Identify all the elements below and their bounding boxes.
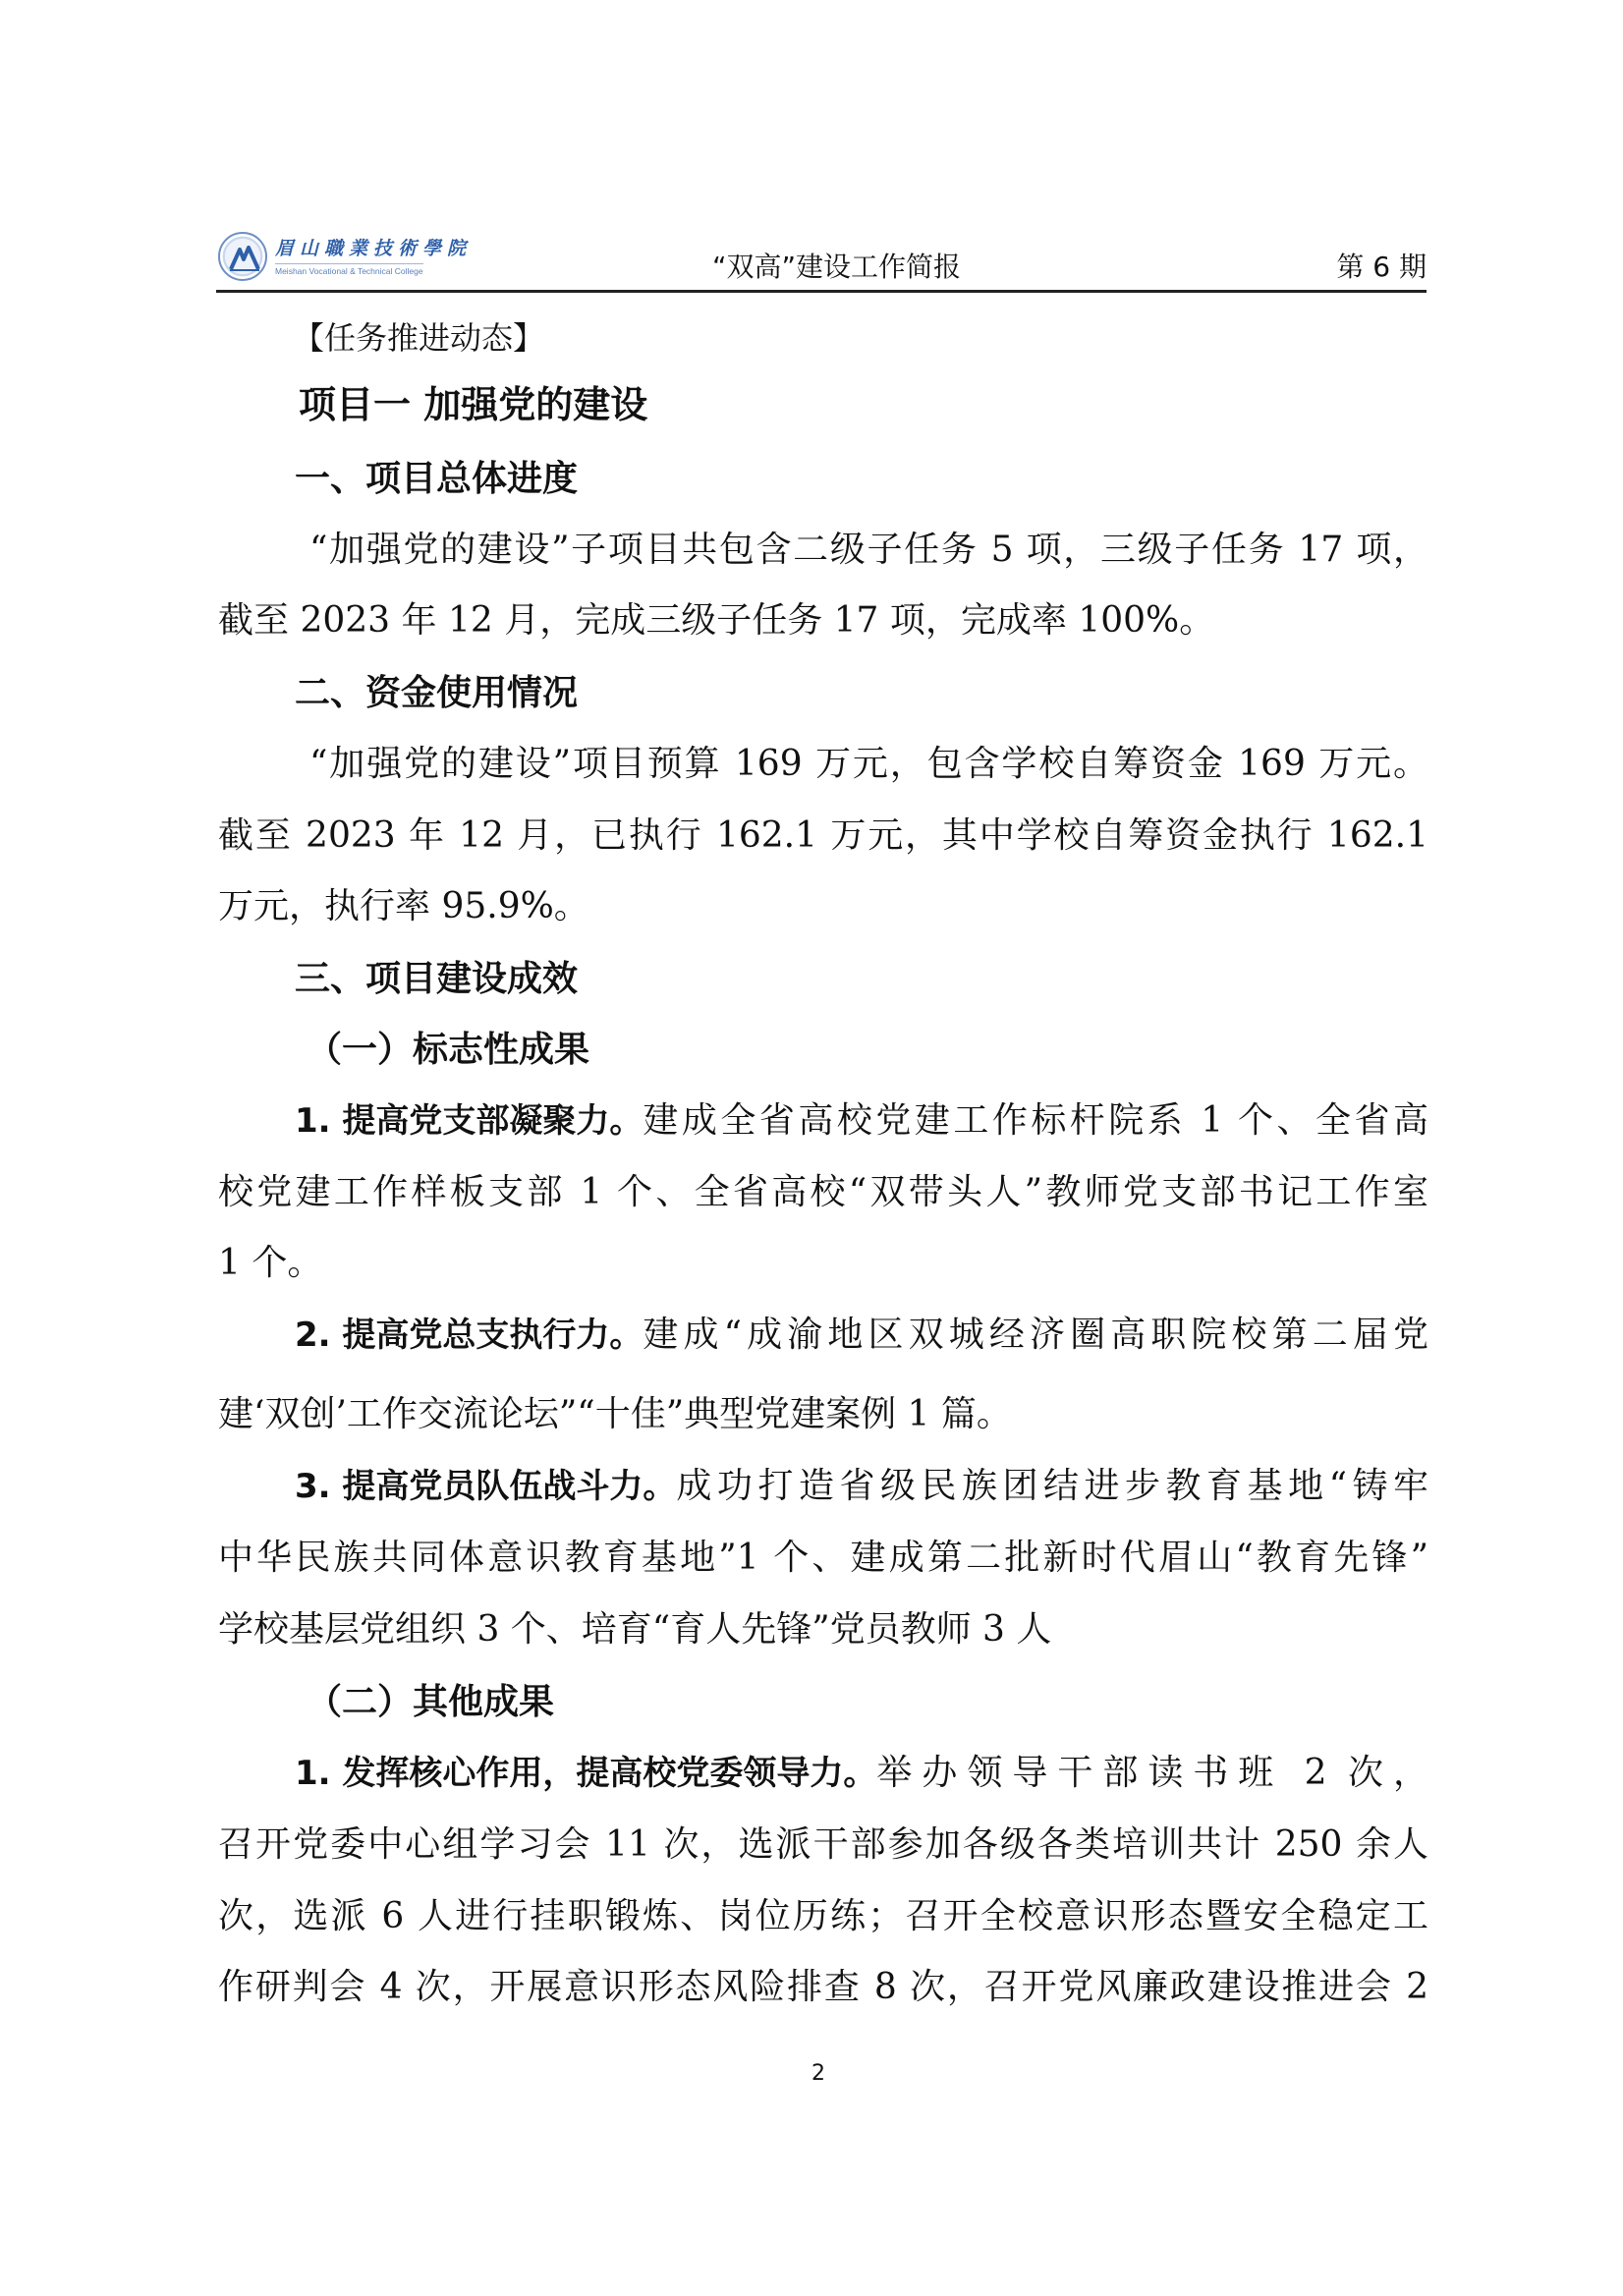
item-text: 举办领导干部读书班 2 次， [876,1752,1428,1795]
bulletin-title: “双高”建设工作简报 [712,246,961,285]
item-lead: 2. 提高党总支执行力。 [295,1314,643,1357]
paragraph-line: 召开党委中心组学习会 11 次，选派干部参加各级各类培训共计 250 余人 [218,1823,1428,1867]
paragraph-line: “加强党的建设”项目预算 169 万元，包含学校自筹资金 169 万元。 [309,743,1428,786]
page-header: 眉山職業技術學院 Meishan Vocational & Technical … [216,228,1427,291]
section-heading-progress: 一、项目总体进度 [295,457,578,500]
section-tag: 【任务推进动态】 [293,316,544,360]
paragraph-line: “加强党的建设”子项目共包含二级子任务 5 项，三级子任务 17 项， [309,529,1428,572]
paragraph-line: 校党建工作样板支部 1 个、全省高校“双带头人”教师党支部书记工作室 [218,1171,1428,1214]
paragraph-line: 截至 2023 年 12 月，已执行 162.1 万元，其中学校自筹资金执行 1… [218,814,1428,858]
list-item: 1. 提高党支部凝聚力。 建成全省高校党建工作标杆院系 1 个、全省高 [295,1099,1428,1143]
list-item: 1. 发挥核心作用，提高校党委领导力。 举办领导干部读书班 2 次， [295,1752,1428,1795]
paragraph-line: 建‘双创’工作交流论坛”“十佳”典型党建案例 1 篇。 [218,1393,1012,1436]
paragraph-line: 中华民族共同体意识教育基地”1 个、建成第二批新时代眉山“教育先锋” [218,1537,1428,1580]
item-text: 建成“成渝地区双城经济圈高职院校第二届党 [643,1314,1428,1357]
paragraph-line: 截至 2023 年 12 月，完成三级子任务 17 项，完成率 100%。 [218,599,1214,643]
item-lead: 1. 提高党支部凝聚力。 [295,1099,643,1143]
item-lead: 3. 提高党员队伍战斗力。 [295,1465,676,1508]
paragraph-line: 1 个。 [218,1242,322,1285]
paragraph-line: 作研判会 4 次，开展意识形态风险排查 8 次，召开党风廉政建设推进会 2 [218,1966,1428,2009]
subsection-heading-landmark: （一）标志性成果 [307,1028,589,1071]
page-number: 2 [811,2061,825,2086]
section-heading-funding: 二、资金使用情况 [295,671,578,714]
issue-number: 第 6 期 [1336,246,1427,285]
item-lead: 1. 发挥核心作用，提高校党委领导力。 [295,1752,876,1795]
paragraph-line: 次，选派 6 人进行挂职锻炼、岗位历练；召开全校意识形态暨安全稳定工 [218,1895,1428,1938]
paragraph-line: 万元，执行率 95.9%。 [218,885,589,928]
college-name-en: Meishan Vocational & Technical College [275,263,423,276]
list-item: 3. 提高党员队伍战斗力。 成功打造省级民族团结进步教育基地“铸牢 [295,1465,1428,1508]
header-divider [216,290,1427,293]
college-name-cn: 眉山職業技術學院 [275,234,472,260]
section-heading-outcomes: 三、项目建设成效 [295,957,578,1000]
college-emblem-icon [218,232,267,281]
item-text: 成功打造省级民族团结进步教育基地“铸牢 [676,1465,1428,1508]
paragraph-line: 学校基层党组织 3 个、培育“育人先锋”党员教师 3 人 [218,1608,1051,1652]
subsection-heading-other: （二）其他成果 [307,1680,554,1723]
list-item: 2. 提高党总支执行力。 建成“成渝地区双城经济圈高职院校第二届党 [295,1314,1428,1357]
project-title: 项目一 加强党的建设 [299,383,647,426]
college-logo: 眉山職業技術學院 Meishan Vocational & Technical … [216,230,472,285]
item-text: 建成全省高校党建工作标杆院系 1 个、全省高 [643,1099,1428,1143]
document-page: 眉山職業技術學院 Meishan Vocational & Technical … [0,0,1623,2296]
